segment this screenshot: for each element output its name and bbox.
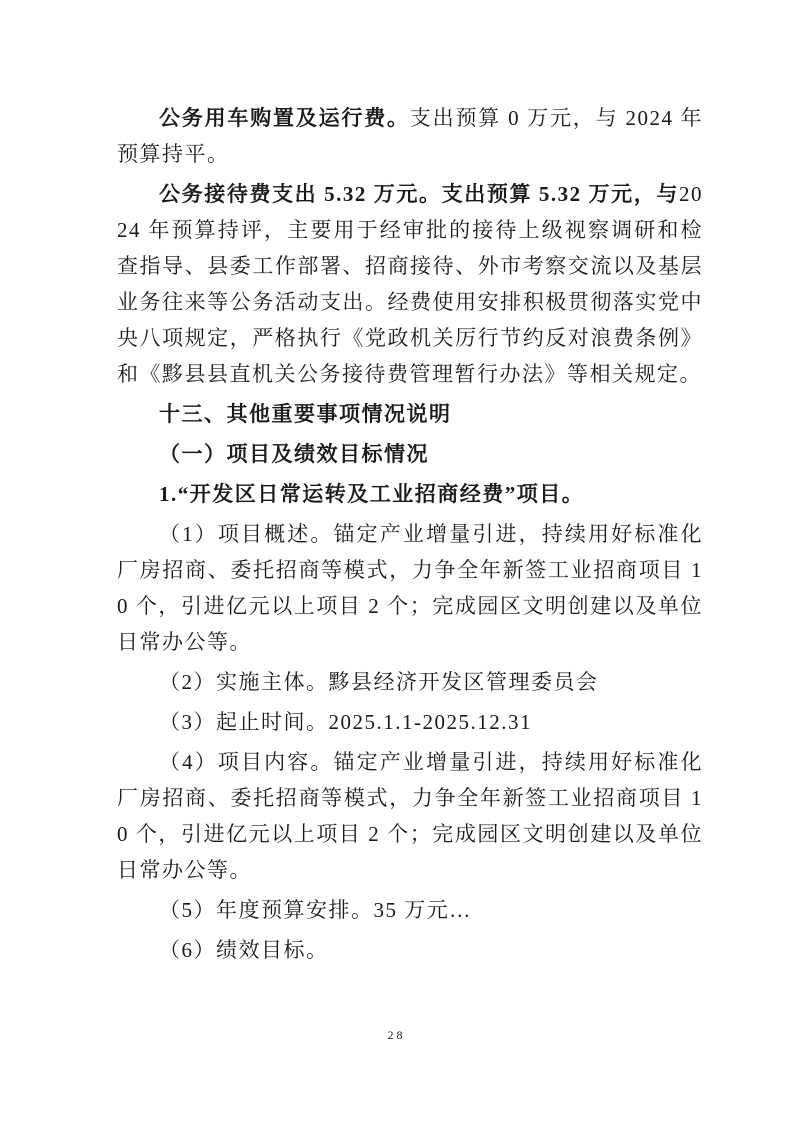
paragraph-text: （一）项目及绩效目标情况 [159, 442, 429, 466]
document-page: 公务用车购置及运行费。支出预算 0 万元，与 2024 年预算持平。公务接待费支… [0, 0, 793, 1122]
paragraph-lead: 公务用车购置及运行费。 [159, 106, 410, 130]
paragraph-text: （1）项目概述。锚定产业增量引进，持续用好标准化厂房招商、委托招商等模式，力争全… [117, 522, 703, 654]
body-paragraph: （5）年度预算安排。35 万元… [117, 892, 703, 928]
page-number: 28 [388, 1028, 406, 1042]
paragraph-text: （4）项目内容。锚定产业增量引进，持续用好标准化厂房招商、委托招商等模式，力争全… [117, 750, 703, 882]
paragraph-text: 2024 年预算持评，主要用于经审批的接待上级视察调研和检查指导、县委工作部署、… [117, 182, 703, 386]
document-content: 公务用车购置及运行费。支出预算 0 万元，与 2024 年预算持平。公务接待费支… [117, 100, 703, 972]
paragraph-lead: 公务接待费支出 5.32 万元。支出预算 5.32 万元，与 [159, 182, 679, 206]
section-heading: （一）项目及绩效目标情况 [117, 436, 703, 472]
body-paragraph: （4）项目内容。锚定产业增量引进，持续用好标准化厂房招商、委托招商等模式，力争全… [117, 744, 703, 888]
paragraph-text: （3）起止时间。2025.1.1-2025.12.31 [159, 710, 532, 734]
body-paragraph: （2）实施主体。黟县经济开发区管理委员会 [117, 664, 703, 700]
body-paragraph: 公务接待费支出 5.32 万元。支出预算 5.32 万元，与2024 年预算持评… [117, 176, 703, 392]
body-paragraph: （6）绩效目标。 [117, 932, 703, 968]
paragraph-text: （2）实施主体。黟县经济开发区管理委员会 [159, 670, 599, 694]
page-footer: 28 [0, 1026, 793, 1044]
section-heading: 1.“开发区日常运转及工业招商经费”项目。 [117, 476, 703, 512]
paragraph-text: （5）年度预算安排。35 万元… [159, 898, 472, 922]
section-heading: 十三、其他重要事项情况说明 [117, 396, 703, 432]
paragraph-text: （6）绩效目标。 [159, 938, 329, 962]
body-paragraph: （3）起止时间。2025.1.1-2025.12.31 [117, 704, 703, 740]
body-paragraph: （1）项目概述。锚定产业增量引进，持续用好标准化厂房招商、委托招商等模式，力争全… [117, 516, 703, 660]
body-paragraph: 公务用车购置及运行费。支出预算 0 万元，与 2024 年预算持平。 [117, 100, 703, 172]
paragraph-text: 十三、其他重要事项情况说明 [159, 402, 452, 426]
paragraph-text: 1.“开发区日常运转及工业招商经费”项目。 [159, 482, 584, 506]
